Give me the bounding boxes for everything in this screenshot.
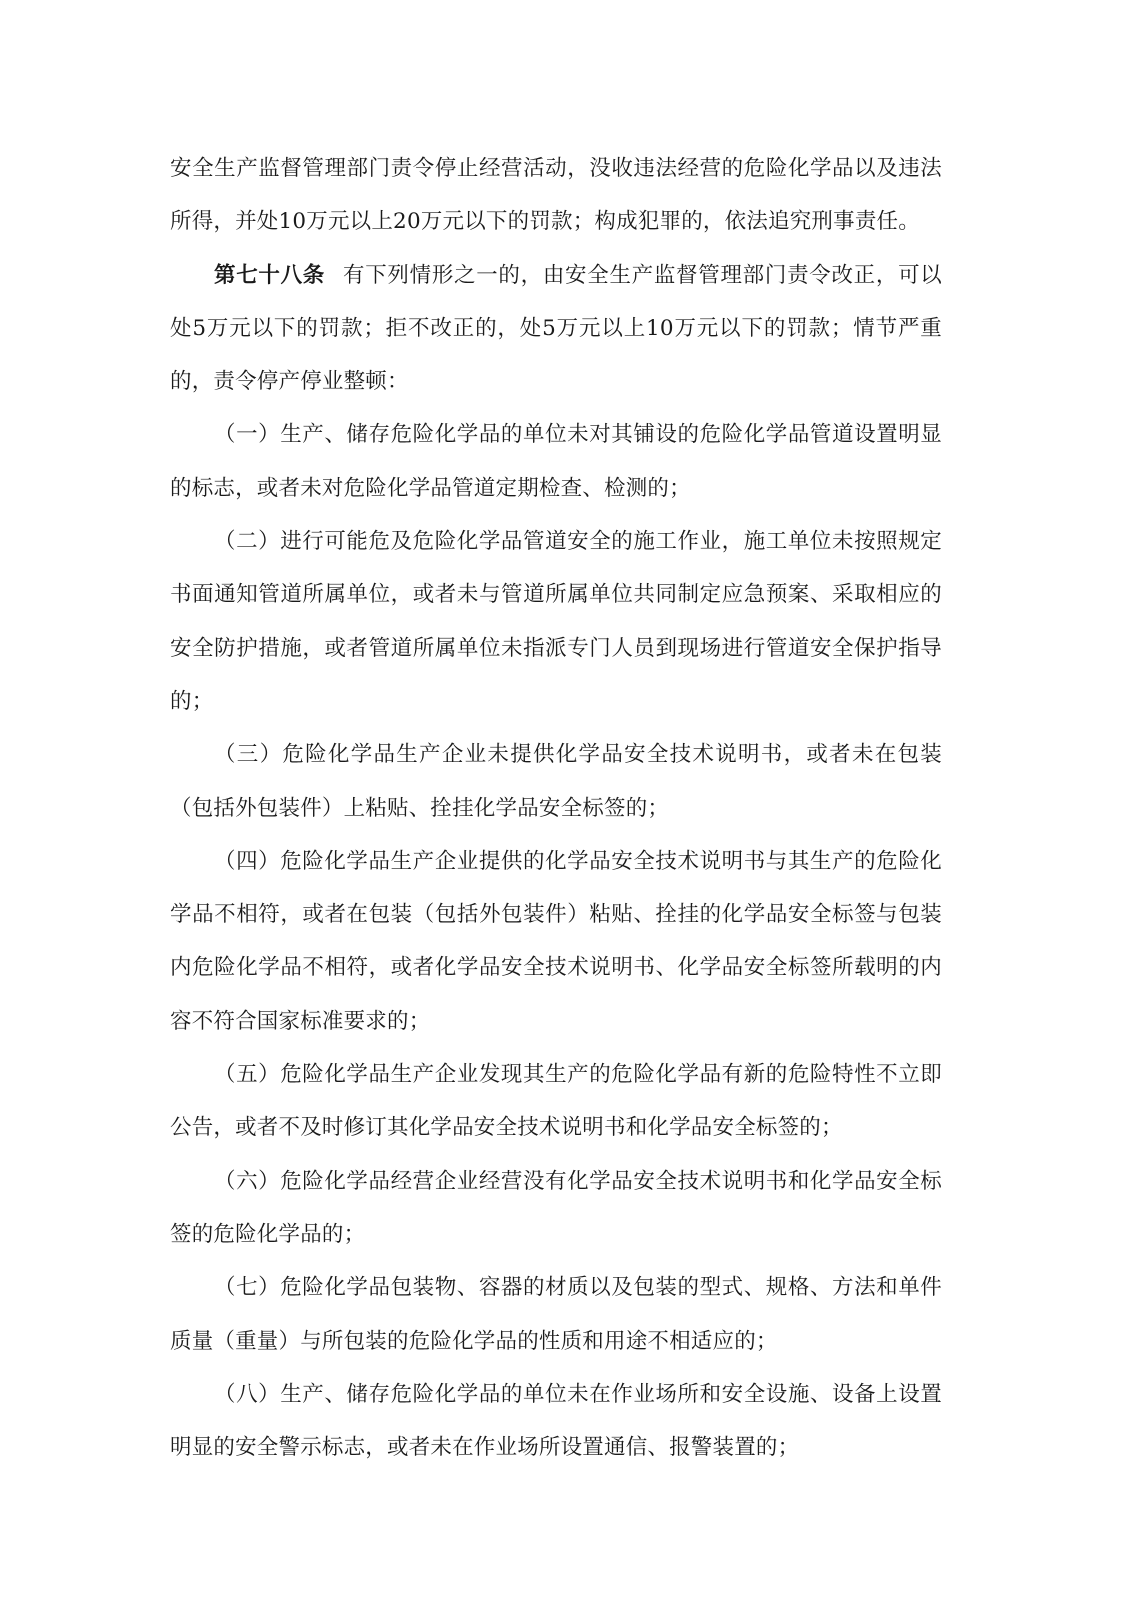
document-page: 安全生产监督管理部门责令停止经营活动，没收违法经营的危险化学品以及违法所得，并处… (170, 142, 942, 1474)
item-1: （一）生产、储存危险化学品的单位未对其铺设的危险化学品管道设置明显的标志，或者未… (170, 408, 942, 515)
item-6: （六）危险化学品经营企业经营没有化学品安全技术说明书和化学品安全标签的危险化学品… (170, 1155, 942, 1262)
item-7: （七）危险化学品包装物、容器的材质以及包装的型式、规格、方法和单件质量（重量）与… (170, 1261, 942, 1368)
item-2: （二）进行可能危及危险化学品管道安全的施工作业，施工单位未按照规定书面通知管道所… (170, 515, 942, 728)
item-4: （四）危险化学品生产企业提供的化学品安全技术说明书与其生产的危险化学品不相符，或… (170, 835, 942, 1048)
item-3: （三）危险化学品生产企业未提供化学品安全技术说明书，或者未在包装（包括外包装件）… (170, 728, 942, 835)
article-title: 第七十八条 (214, 263, 325, 288)
article-78: 第七十八条有下列情形之一的，由安全生产监督管理部门责令改正，可以处5万元以下的罚… (170, 249, 942, 409)
item-5: （五）危险化学品生产企业发现其生产的危险化学品有新的危险特性不立即公告，或者不及… (170, 1048, 942, 1155)
item-8: （八）生产、储存危险化学品的单位未在作业场所和安全设施、设备上设置明显的安全警示… (170, 1368, 942, 1475)
continuation-paragraph: 安全生产监督管理部门责令停止经营活动，没收违法经营的危险化学品以及违法所得，并处… (170, 142, 942, 249)
